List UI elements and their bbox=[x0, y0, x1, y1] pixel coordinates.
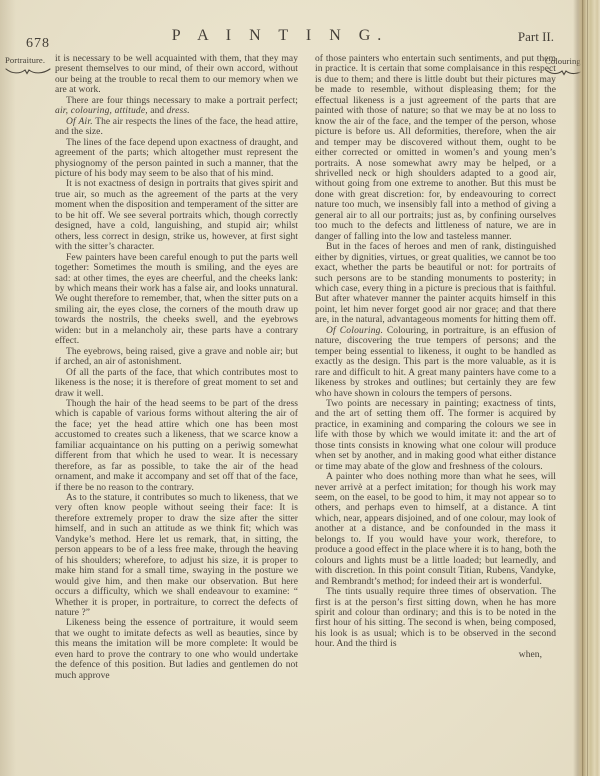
part-label: Part II. bbox=[518, 29, 554, 45]
paragraph: The tints usually require three times of… bbox=[315, 587, 556, 650]
paragraph: Likeness being the essence of portraitur… bbox=[55, 618, 298, 681]
gutter-shadow bbox=[0, 0, 16, 776]
paragraph: Two points are necessary in painting; ex… bbox=[315, 399, 556, 472]
paragraph: The eyebrows, being raised, give a grave… bbox=[55, 347, 298, 368]
paragraph: it is necessary to be well acquainted wi… bbox=[55, 54, 298, 96]
paragraph: It is not exactness of design in portrai… bbox=[55, 179, 298, 252]
text-column-left: it is necessary to be well acquainted wi… bbox=[55, 54, 298, 681]
running-title: P A I N T I N G. bbox=[0, 27, 560, 45]
paragraph: Of Colouring. Colouring, in portraiture,… bbox=[315, 326, 556, 399]
page-edge-line bbox=[582, 0, 583, 776]
book-fore-edge bbox=[573, 0, 600, 776]
paragraph: A painter who does nothing more than wha… bbox=[315, 472, 556, 587]
book-page-scan: { "colors": { "paper": "#e9e2cb", "ink":… bbox=[0, 0, 600, 776]
paragraph: The lines of the face depend upon exactn… bbox=[55, 138, 298, 180]
paragraph: As to the stature, it contributes so muc… bbox=[55, 493, 298, 618]
text-column-right: of those painters who entertain such sen… bbox=[315, 54, 556, 660]
paragraph: There are four things necessary to make … bbox=[55, 96, 298, 117]
paragraph: Though the hair of the head seems to be … bbox=[55, 399, 298, 493]
paragraph: But in the faces of heroes and men of ra… bbox=[315, 242, 556, 326]
brace-flourish-icon bbox=[5, 67, 51, 75]
paragraph: Of all the parts of the face, that which… bbox=[55, 368, 298, 399]
page-edge-line bbox=[587, 0, 588, 776]
margin-note-label: Portraiture. bbox=[5, 55, 45, 65]
paragraph: Of Air. The air respects the lines of th… bbox=[55, 117, 298, 138]
page-surface: 678 P A I N T I N G. Part II. Portraitur… bbox=[0, 0, 600, 776]
paragraph: Few painters have been careful enough to… bbox=[55, 253, 298, 347]
paragraph: of those painters who entertain such sen… bbox=[315, 54, 556, 242]
text-column-right-body: of those painters who entertain such sen… bbox=[315, 54, 556, 650]
margin-note-portraiture: Portraiture. bbox=[5, 56, 57, 75]
catchword: when, bbox=[315, 650, 556, 660]
